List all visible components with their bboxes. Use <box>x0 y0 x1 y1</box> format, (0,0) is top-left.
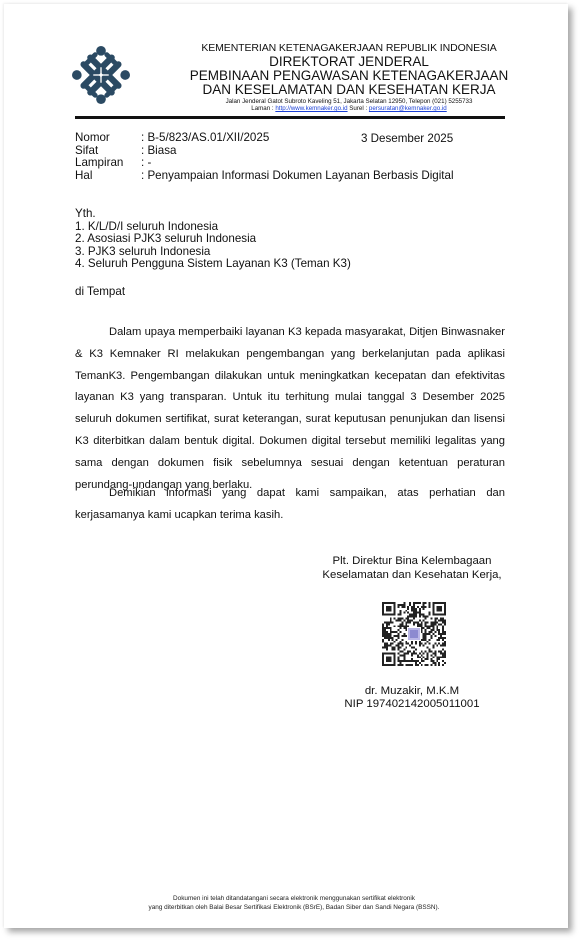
directorate-title: DIREKTORAT JENDERAL <box>144 54 554 69</box>
directorate-subtitle-2: DAN KESELAMATAN DAN KESEHATAN KERJA <box>144 82 554 97</box>
meta-label: Lampiran <box>75 157 141 170</box>
letter-page: KEMENTERIAN KETENAGAKERJAAN REPUBLIK IND… <box>4 4 568 928</box>
email-link[interactable]: persuratan@kemnaker.go.id <box>369 105 447 112</box>
office-address: Jalan Jenderal Gatot Subroto Kaveling 51… <box>144 98 554 105</box>
letterhead-divider <box>75 116 505 119</box>
kemnaker-logo-icon <box>72 46 130 104</box>
salutation: Yth. <box>75 208 351 221</box>
website-label: Laman : <box>251 105 275 112</box>
website-link[interactable]: http://www.kemnaker.go.id <box>275 105 347 112</box>
body-paragraph-2: Demikian informasi yang dapat kami sampa… <box>75 483 505 527</box>
signatory-identity: dr. Muzakir, M.K.M NIP 19740214200501100… <box>304 685 520 711</box>
meta-label: Hal <box>75 170 141 183</box>
signatory-nip: NIP 197402142005011001 <box>304 698 520 711</box>
meta-row-lampiran: Lampiran : - <box>75 157 454 170</box>
recipient-item: 2. Asosiasi PJK3 seluruh Indonesia <box>75 233 351 246</box>
paragraph-text: Dalam upaya memperbaiki layanan K3 kepad… <box>75 326 505 491</box>
email-label: Surel : <box>348 105 369 112</box>
meta-value: : Penyampaian Informasi Dokumen Layanan … <box>141 170 454 183</box>
letter-date: 3 Desember 2025 <box>361 132 453 145</box>
signatory-title-line-2: Keselamatan dan Kesehatan Kerja, <box>304 568 520 582</box>
body-paragraph-1: Dalam upaya memperbaiki layanan K3 kepad… <box>75 322 505 496</box>
qr-code-signature-icon <box>382 602 446 666</box>
directorate-subtitle-1: PEMBINAAN PENGAWASAN KETENAGAKERJAAN <box>144 68 554 83</box>
meta-value: : - <box>141 157 151 170</box>
contact-line: Laman : http://www.kemnaker.go.id Surel … <box>144 105 554 112</box>
meta-row-sifat: Sifat : Biasa <box>75 145 454 158</box>
paragraph-text: Demikian informasi yang dapat kami sampa… <box>75 487 505 521</box>
signatory-name: dr. Muzakir, M.K.M <box>304 685 520 698</box>
signatory-title-line-1: Plt. Direktur Bina Kelembagaan <box>304 554 520 568</box>
meta-value: : B-5/823/AS.01/XII/2025 <box>141 132 269 145</box>
ministry-name: KEMENTERIAN KETENAGAKERJAAN REPUBLIK IND… <box>144 42 554 54</box>
recipient-place: di Tempat <box>75 285 125 298</box>
signatory-title: Plt. Direktur Bina Kelembagaan Keselamat… <box>304 554 520 582</box>
electronic-signature-note: Dokumen ini telah ditandatangani secara … <box>64 894 524 912</box>
meta-row-hal: Hal : Penyampaian Informasi Dokumen Laya… <box>75 170 454 183</box>
recipients: Yth. 1. K/L/D/I seluruh Indonesia 2. Aso… <box>75 208 351 271</box>
recipient-item: 4. Seluruh Pengguna Sistem Layanan K3 (T… <box>75 258 351 271</box>
footer-line-1: Dokumen ini telah ditandatangani secara … <box>64 894 524 903</box>
footer-line-2: yang diterbitkan oleh Balai Besar Sertif… <box>64 903 524 912</box>
meta-label: Nomor <box>75 132 141 145</box>
